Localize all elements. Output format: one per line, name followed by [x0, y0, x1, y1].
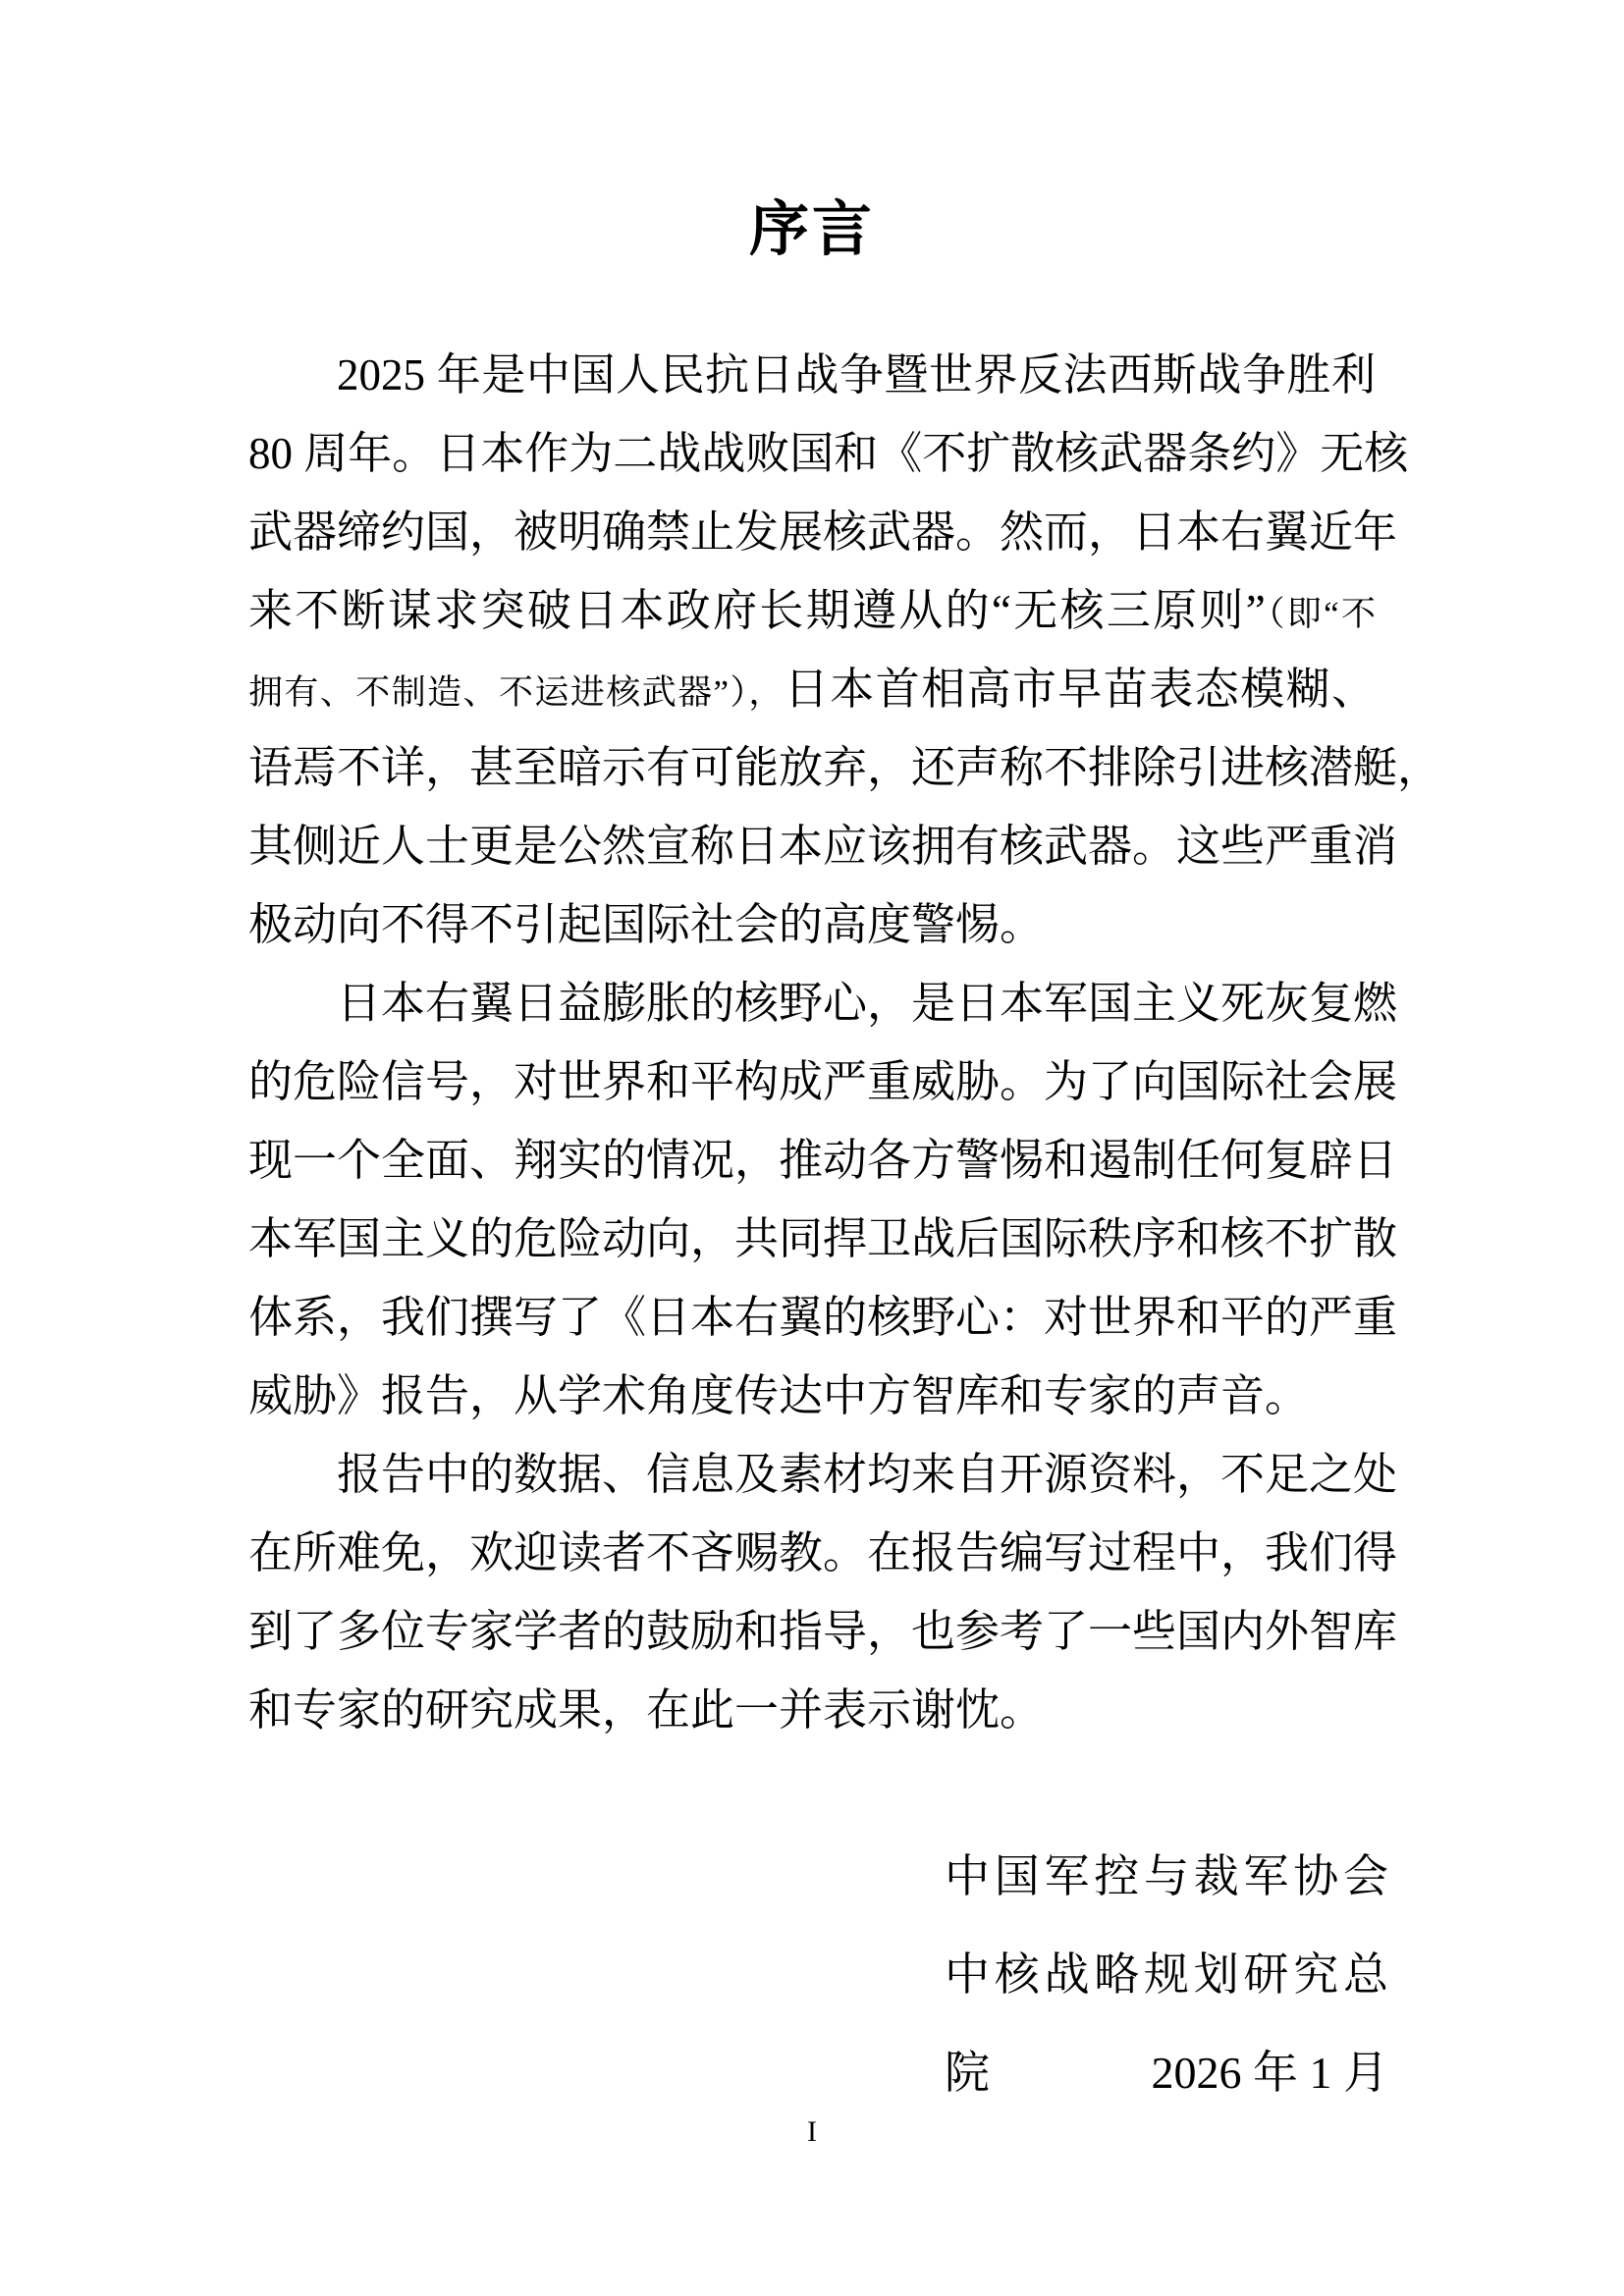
body-text: 2025 年是中国人民抗日战争暨世界反法西斯战争胜利80 周年。日本作为二战战败… — [248, 336, 1376, 1749]
body-line-segment: 报告中的数据、信息及素材均来自开源资料，不足之处 — [337, 1450, 1397, 1499]
body-line-segment: 武器缔约国，被明确禁止发展核武器。然而，日本右翼近年 — [248, 507, 1397, 557]
body-line-segment: 语焉不详，甚至暗示有可能放弃，还声称不排除引进核潜艇， — [248, 743, 1441, 792]
body-line-segment: 拥有、不制造、不运进核武器”）， — [248, 673, 785, 712]
body-line-segment: 极动向不得不引起国际社会的高度警惕。 — [248, 900, 1044, 949]
body-line-segment: 日本右翼日益膨胀的核野心，是日本军国主义死灰复燃 — [337, 979, 1397, 1028]
page-number: I — [0, 2112, 1624, 2152]
body-line-segment: 在所难免，欢迎读者不吝赐教。在报告编写过程中，我们得 — [248, 1528, 1397, 1577]
body-line: 体系，我们撰写了《日本右翼的核野心：对世界和平的严重 — [248, 1278, 1376, 1357]
body-line: 极动向不得不引起国际社会的高度警惕。 — [248, 885, 1376, 964]
body-line-segment: 本军国主义的危险动向，共同捍卫战后国际秩序和核不扩散 — [248, 1214, 1397, 1263]
body-line: 本军国主义的危险动向，共同捍卫战后国际秩序和核不扩散 — [248, 1200, 1376, 1278]
body-line-segment: （即“不 — [1266, 595, 1376, 633]
body-line-segment: 的危险信号，对世界和平构成严重威胁。为了向国际社会展 — [248, 1057, 1397, 1106]
body-line-segment: 80 周年。日本作为二战战败国和《不扩散核武器条约》无核 — [248, 429, 1408, 478]
body-line: 80 周年。日本作为二战战败国和《不扩散核武器条约》无核 — [248, 414, 1376, 493]
body-line-segment: 来不断谋求突破日本政府长期遵从的“无核三原则” — [248, 586, 1266, 635]
body-line: 在所难免，欢迎读者不吝赐教。在报告编写过程中，我们得 — [248, 1514, 1376, 1592]
body-line: 报告中的数据、信息及素材均来自开源资料，不足之处 — [248, 1435, 1376, 1514]
body-line: 的危险信号，对世界和平构成严重威胁。为了向国际社会展 — [248, 1042, 1376, 1121]
page-title: 序言 — [0, 188, 1624, 273]
body-line: 威胁》报告，从学术角度传达中方智库和专家的声音。 — [248, 1357, 1376, 1435]
body-line: 来不断谋求突破日本政府长期遵从的“无核三原则”（即“不 — [248, 571, 1376, 650]
body-line: 日本右翼日益膨胀的核野心，是日本军国主义死灰复燃 — [248, 964, 1376, 1042]
signature-org-line-1: 中国军控与裁军协会 — [945, 1828, 1388, 1926]
signature-org-line-1-row: 中国军控与裁军协会 — [945, 1828, 1388, 1926]
body-line: 到了多位专家学者的鼓励和指导，也参考了一些国内外智库 — [248, 1592, 1376, 1671]
signature-org-line-2-row: 中核战略规划研究总院 — [945, 1926, 1388, 2024]
body-line: 语焉不详，甚至暗示有可能放弃，还声称不排除引进核潜艇， — [248, 728, 1376, 807]
body-line: 其侧近人士更是公然宣称日本应该拥有核武器。这些严重消 — [248, 807, 1376, 885]
body-line-segment: 威胁》报告，从学术角度传达中方智库和专家的声音。 — [248, 1371, 1309, 1420]
body-line-segment: 和专家的研究成果，在此一并表示谢忱。 — [248, 1685, 1044, 1735]
document-page: 序言 2025 年是中国人民抗日战争暨世界反法西斯战争胜利80 周年。日本作为二… — [0, 0, 1624, 2296]
body-line: 2025 年是中国人民抗日战争暨世界反法西斯战争胜利 — [248, 336, 1376, 414]
body-line: 拥有、不制造、不运进核武器”），日本首相高市早苗表态模糊、 — [248, 650, 1376, 728]
body-line-segment: 到了多位专家学者的鼓励和指导，也参考了一些国内外智库 — [248, 1607, 1397, 1656]
body-line: 现一个全面、翔实的情况，推动各方警惕和遏制任何复辟日 — [248, 1121, 1376, 1200]
body-line-segment: 其侧近人士更是公然宣称日本应该拥有核武器。这些严重消 — [248, 822, 1397, 871]
signature-block: 中国军控与裁军协会 中核战略规划研究总院 2026 年 1 月 — [945, 1828, 1388, 2122]
body-line-segment: 日本首相高市早苗表态模糊、 — [785, 665, 1376, 714]
body-line-segment: 体系，我们撰写了《日本右翼的核野心：对世界和平的严重 — [248, 1293, 1397, 1342]
body-line-segment: 现一个全面、翔实的情况，推动各方警惕和遏制任何复辟日 — [248, 1136, 1397, 1185]
body-line: 和专家的研究成果，在此一并表示谢忱。 — [248, 1671, 1376, 1749]
body-line: 武器缔约国，被明确禁止发展核武器。然而，日本右翼近年 — [248, 493, 1376, 571]
body-line-segment: 2025 年是中国人民抗日战争暨世界反法西斯战争胜利 — [337, 350, 1376, 400]
